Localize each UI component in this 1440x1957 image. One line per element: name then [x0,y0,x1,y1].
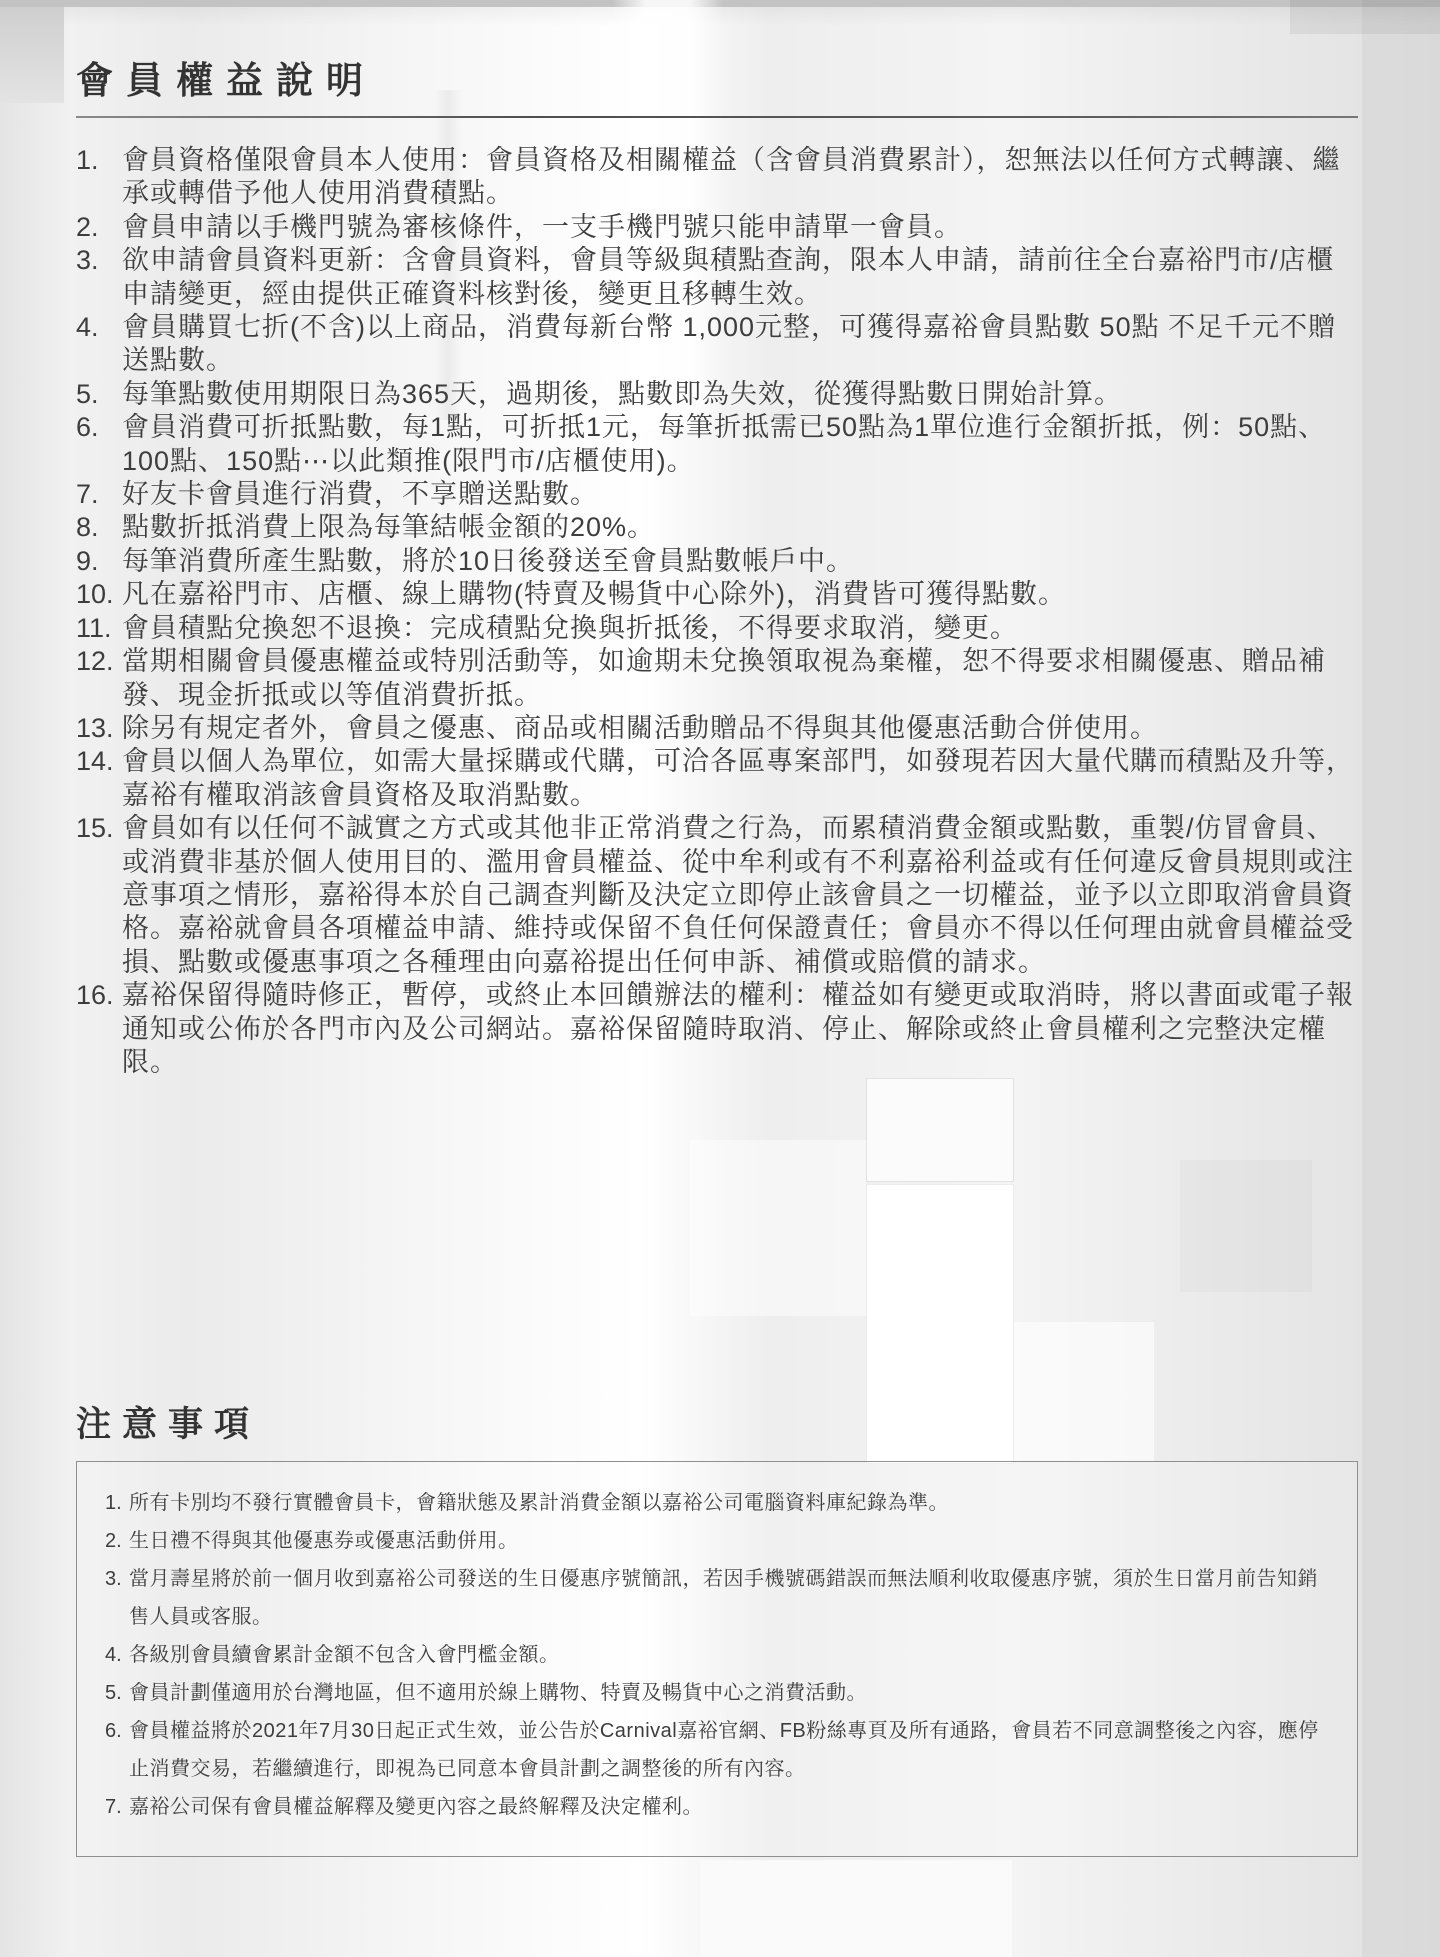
note-item: 4.各級別會員續會累計金額不包含入會門檻金額。 [105,1636,1333,1674]
benefit-item: 8.點數折抵消費上限為每筆結帳金額的20%。 [76,511,1358,544]
item-text: 會員資格僅限會員本人使用：會員資格及相關權益（含會員消費累計），恕無法以任何方式… [122,145,1341,208]
note-number: 1. [105,1484,122,1522]
item-number: 13. [76,712,114,745]
item-number: 3. [76,244,99,277]
notes-heading: 注意事項 [76,1397,1358,1447]
benefit-item: 1.會員資格僅限會員本人使用：會員資格及相關權益（含會員消費累計），恕無法以任何… [76,144,1358,211]
document-content: 會員權益說明 1.會員資格僅限會員本人使用：會員資格及相關權益（含會員消費累計）… [0,0,1440,1857]
page: 會員權益說明 1.會員資格僅限會員本人使用：會員資格及相關權益（含會員消費累計）… [0,0,1440,1957]
note-text: 會員權益將於2021年7月30日起正式生效，並公告於Carnival嘉裕官網、F… [129,1720,1319,1780]
item-number: 1. [76,144,99,177]
item-number: 2. [76,211,99,244]
note-item: 7.嘉裕公司保有會員權益解釋及變更內容之最終解釋及決定權利。 [105,1788,1333,1826]
item-number: 4. [76,311,99,344]
note-item: 6.會員權益將於2021年7月30日起正式生效，並公告於Carnival嘉裕官網… [105,1712,1333,1788]
item-text: 會員如有以任何不誠實之方式或其他非正常消費之行為，而累積消費金額或點數，重製/仿… [122,813,1354,977]
note-text: 所有卡別均不發行實體會員卡，會籍狀態及累計消費金額以嘉裕公司電腦資料庫紀錄為準。 [129,1492,949,1514]
page-title: 會員權益說明 [76,50,1358,104]
item-text: 除另有規定者外，會員之優惠、商品或相關活動贈品不得與其他優惠活動合併使用。 [122,713,1158,743]
item-text: 會員以個人為單位，如需大量採購或代購，可洽各區專案部門，如發現若因大量代購而積點… [122,746,1354,809]
note-item: 1.所有卡別均不發行實體會員卡，會籍狀態及累計消費金額以嘉裕公司電腦資料庫紀錄為… [105,1484,1333,1522]
note-number: 6. [105,1712,122,1750]
benefit-item: 4.會員購買七折(不含)以上商品，消費每新台幣 1,000元整，可獲得嘉裕會員點… [76,311,1358,378]
item-number: 9. [76,545,99,578]
item-number: 16. [76,979,114,1012]
item-number: 15. [76,812,114,845]
item-number: 6. [76,411,99,444]
title-divider [76,116,1358,118]
item-text: 每筆消費所產生點數，將於10日後發送至會員點數帳戶中。 [122,546,854,576]
item-text: 點數折抵消費上限為每筆結帳金額的20%。 [122,512,655,542]
note-number: 5. [105,1674,122,1712]
benefit-item: 14.會員以個人為單位，如需大量採購或代購，可洽各區專案部門，如發現若因大量代購… [76,745,1358,812]
item-text: 嘉裕保留得隨時修正，暫停，或終止本回饋辦法的權利：權益如有變更或取消時，將以書面… [122,980,1354,1077]
note-item: 3.當月壽星將於前一個月收到嘉裕公司發送的生日優惠序號簡訊，若因手機號碼錯誤而無… [105,1560,1333,1636]
benefit-item: 3.欲申請會員資料更新：含會員資料，會員等級與積點查詢，限本人申請，請前往全台嘉… [76,244,1358,311]
item-number: 14. [76,745,114,778]
item-number: 11. [76,612,112,645]
benefit-item: 11.會員積點兌換恕不退換：完成積點兌換與折抵後，不得要求取消，變更。 [76,612,1358,645]
notes-box: 1.所有卡別均不發行實體會員卡，會籍狀態及累計消費金額以嘉裕公司電腦資料庫紀錄為… [76,1461,1358,1857]
benefit-item: 12.當期相關會員優惠權益或特別活動等，如逾期未兌換領取視為棄權，恕不得要求相關… [76,645,1358,712]
item-text: 凡在嘉裕門市、店櫃、線上購物(特賣及暢貨中心除外)，消費皆可獲得點數。 [122,579,1066,609]
benefits-list: 1.會員資格僅限會員本人使用：會員資格及相關權益（含會員消費累計），恕無法以任何… [76,144,1358,1079]
item-text: 每筆點數使用期限日為365天，過期後，點數即為失效，從獲得點數日開始計算。 [122,379,1122,409]
benefit-item: 6.會員消費可折抵點數，每1點，可折抵1元，每筆折抵需已50點為1單位進行金額折… [76,411,1358,478]
note-text: 嘉裕公司保有會員權益解釋及變更內容之最終解釋及決定權利。 [129,1796,703,1818]
benefit-item: 16.嘉裕保留得隨時修正，暫停，或終止本回饋辦法的權利：權益如有變更或取消時，將… [76,979,1358,1079]
decor-square [700,1860,1012,1957]
benefit-item: 2.會員申請以手機門號為審核條件，一支手機門號只能申請單一會員。 [76,211,1358,244]
item-text: 好友卡會員進行消費，不享贈送點數。 [122,479,598,509]
item-number: 10. [76,578,114,611]
note-text: 會員計劃僅適用於台灣地區，但不適用於線上購物、特賣及暢貨中心之消費活動。 [129,1682,867,1704]
item-text: 會員申請以手機門號為審核條件，一支手機門號只能申請單一會員。 [122,212,962,242]
benefit-item: 9.每筆消費所產生點數，將於10日後發送至會員點數帳戶中。 [76,545,1358,578]
item-text: 欲申請會員資料更新：含會員資料，會員等級與積點查詢，限本人申請，請前往全台嘉裕門… [122,245,1335,308]
benefit-item: 13.除另有規定者外，會員之優惠、商品或相關活動贈品不得與其他優惠活動合併使用。 [76,712,1358,745]
note-number: 3. [105,1560,122,1598]
note-number: 2. [105,1522,122,1560]
item-number: 12. [76,645,114,678]
benefit-item: 5.每筆點數使用期限日為365天，過期後，點數即為失效，從獲得點數日開始計算。 [76,378,1358,411]
item-number: 8. [76,511,99,544]
item-text: 會員積點兌換恕不退換：完成積點兌換與折抵後，不得要求取消，變更。 [122,613,1018,643]
note-text: 生日禮不得與其他優惠券或優惠活動併用。 [129,1530,519,1552]
item-number: 7. [76,478,99,511]
item-text: 會員購買七折(不含)以上商品，消費每新台幣 1,000元整，可獲得嘉裕會員點數 … [122,312,1336,375]
benefit-item: 15.會員如有以任何不誠實之方式或其他非正常消費之行為，而累積消費金額或點數，重… [76,812,1358,979]
note-item: 2.生日禮不得與其他優惠券或優惠活動併用。 [105,1522,1333,1560]
note-item: 5.會員計劃僅適用於台灣地區，但不適用於線上購物、特賣及暢貨中心之消費活動。 [105,1674,1333,1712]
benefit-item: 7.好友卡會員進行消費，不享贈送點數。 [76,478,1358,511]
note-text: 各級別會員續會累計金額不包含入會門檻金額。 [129,1644,560,1666]
item-text: 當期相關會員優惠權益或特別活動等，如逾期未兌換領取視為棄權，恕不得要求相關優惠、… [122,646,1326,709]
item-number: 5. [76,378,99,411]
note-text: 當月壽星將於前一個月收到嘉裕公司發送的生日優惠序號簡訊，若因手機號碼錯誤而無法順… [129,1568,1318,1628]
item-text: 會員消費可折抵點數，每1點，可折抵1元，每筆折抵需已50點為1單位進行金額折抵，… [122,412,1326,475]
note-number: 4. [105,1636,122,1674]
benefit-item: 10.凡在嘉裕門市、店櫃、線上購物(特賣及暢貨中心除外)，消費皆可獲得點數。 [76,578,1358,611]
note-number: 7. [105,1788,122,1826]
